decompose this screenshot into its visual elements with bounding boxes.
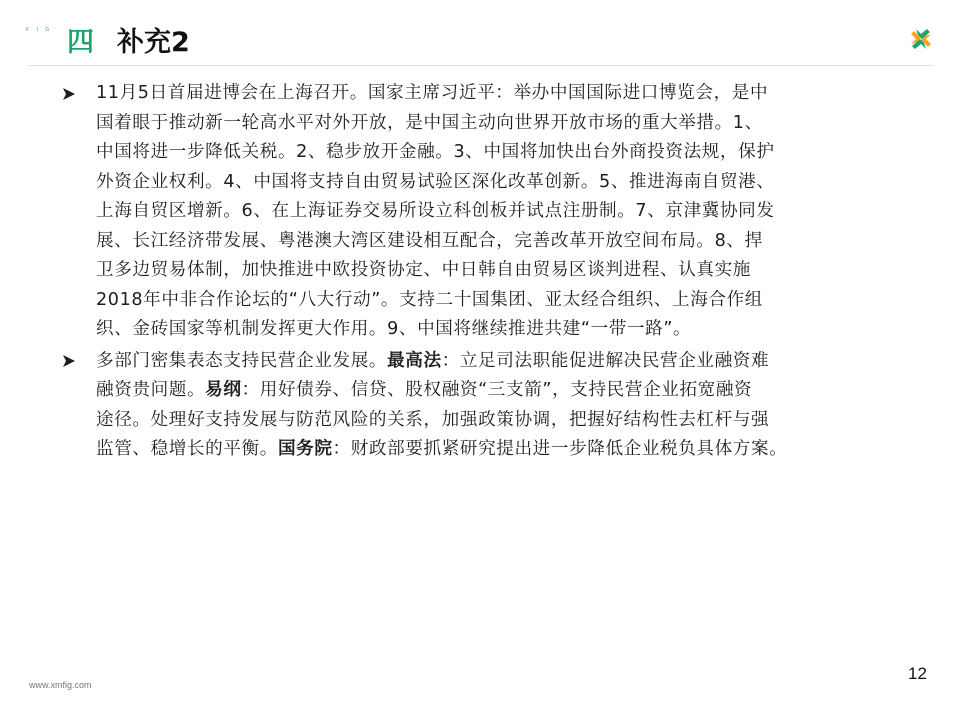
bold-source-label: 最高法 [387, 351, 442, 371]
text-segment: 多部门密集表态支持民营企业发展。 [96, 351, 387, 371]
text-segment: 织、金砖国家等机制发挥更大作用。9、中国将继续推进共建“一带一路”。 [96, 319, 691, 339]
text-segment: ：立足司法职能促进解决民营企业融资难 [442, 351, 770, 371]
text-segment: ：财政部要抓紧研究提出进一步降低企业税负具体方案。 [333, 439, 788, 459]
bold-source-label: 易纲 [205, 380, 241, 400]
text-segment: 途径。处理好支持发展与防范风险的关系，加强政策协调，把握好结构性去杠杆与强 [96, 410, 769, 430]
text-segment: 国着眼于推动新一轮高水平对外开放，是中国主动向世界开放市场的重大举措。1、 [96, 113, 763, 133]
arrow-bullet-icon [62, 79, 78, 109]
text-line: 外资企业权利。4、中国将支持自由贸易试验区深化改革创新。5、推进海南自贸港、 [96, 168, 912, 198]
arrow-bullet-icon [62, 347, 78, 377]
text-line: 织、金砖国家等机制发挥更大作用。9、中国将继续推进共建“一带一路”。 [96, 315, 912, 345]
text-segment: 11月5日首届进博会在上海召开。国家主席习近平：举办中国国际进口博览会，是中 [96, 83, 768, 103]
text-line: 卫多边贸易体制，加快推进中欧投资协定、中日韩自由贸易区谈判进程、认真实施 [96, 256, 912, 286]
text-segment: 中国将进一步降低关税。2、稳步放开金融。3、中国将加快出台外商投资法规，保护 [96, 142, 775, 162]
bold-source-label: 国务院 [278, 439, 333, 459]
text-segment: ：用好债券、信贷、股权融资“三支箭”，支持民营企业拓宽融资 [242, 380, 753, 400]
text-line: 融资贵问题。易纲：用好债券、信贷、股权融资“三支箭”，支持民营企业拓宽融资 [96, 376, 912, 406]
text-line: 多部门密集表态支持民营企业发展。最高法：立足司法职能促进解决民营企业融资难 [96, 347, 912, 377]
text-segment: 监管、稳增长的平衡。 [96, 439, 278, 459]
text-line: 监管、稳增长的平衡。国务院：财政部要抓紧研究提出进一步降低企业税负具体方案。 [96, 435, 912, 465]
section-number: 四 [67, 28, 95, 58]
text-line: 2018年中非合作论坛的“八大行动”。支持二十国集团、亚太经合组织、上海合作组 [96, 286, 912, 316]
text-line: 国着眼于推动新一轮高水平对外开放，是中国主动向世界开放市场的重大举措。1、 [96, 109, 912, 139]
text-segment: 展、长江经济带发展、粤港澳大湾区建设相互配合，完善改革开放空间布局。8、捍 [96, 231, 763, 251]
content-body: 11月5日首届进博会在上海召开。国家主席习近平：举办中国国际进口博览会，是中国着… [62, 79, 912, 465]
bullet-item: 11月5日首届进博会在上海召开。国家主席习近平：举办中国国际进口博览会，是中国着… [62, 79, 912, 345]
page-title: 补充2 [117, 26, 190, 60]
text-segment: 2018年中非合作论坛的“八大行动”。支持二十国集团、亚太经合组织、上海合作组 [96, 290, 763, 310]
pinwheel-logo-icon [909, 27, 933, 51]
footer-url: www.xmfig.com [29, 680, 92, 690]
text-line: 途径。处理好支持发展与防范风险的关系，加强政策协调，把握好结构性去杠杆与强 [96, 406, 912, 436]
text-segment: 卫多边贸易体制，加快推进中欧投资协定、中日韩自由贸易区谈判进程、认真实施 [96, 260, 751, 280]
text-segment: 融资贵问题。 [96, 380, 205, 400]
text-segment: 上海自贸区增新。6、在上海证券交易所设立科创板并试点注册制。7、京津冀协同发 [96, 201, 775, 221]
brand-mark: F I G [26, 27, 52, 33]
slide: F I G 四 补充2 11月5日首届进博会在上海召开。国家主席习近平：举办中国… [0, 0, 960, 720]
text-segment: 外资企业权利。4、中国将支持自由贸易试验区深化改革创新。5、推进海南自贸港、 [96, 172, 775, 192]
text-line: 上海自贸区增新。6、在上海证券交易所设立科创板并试点注册制。7、京津冀协同发 [96, 197, 912, 227]
bullet-item: 多部门密集表态支持民营企业发展。最高法：立足司法职能促进解决民营企业融资难融资贵… [62, 347, 912, 465]
page-number: 12 [908, 664, 927, 684]
header-divider [28, 65, 934, 66]
text-line: 中国将进一步降低关税。2、稳步放开金融。3、中国将加快出台外商投资法规，保护 [96, 138, 912, 168]
text-line: 11月5日首届进博会在上海召开。国家主席习近平：举办中国国际进口博览会，是中 [96, 79, 912, 109]
text-line: 展、长江经济带发展、粤港澳大湾区建设相互配合，完善改革开放空间布局。8、捍 [96, 227, 912, 257]
